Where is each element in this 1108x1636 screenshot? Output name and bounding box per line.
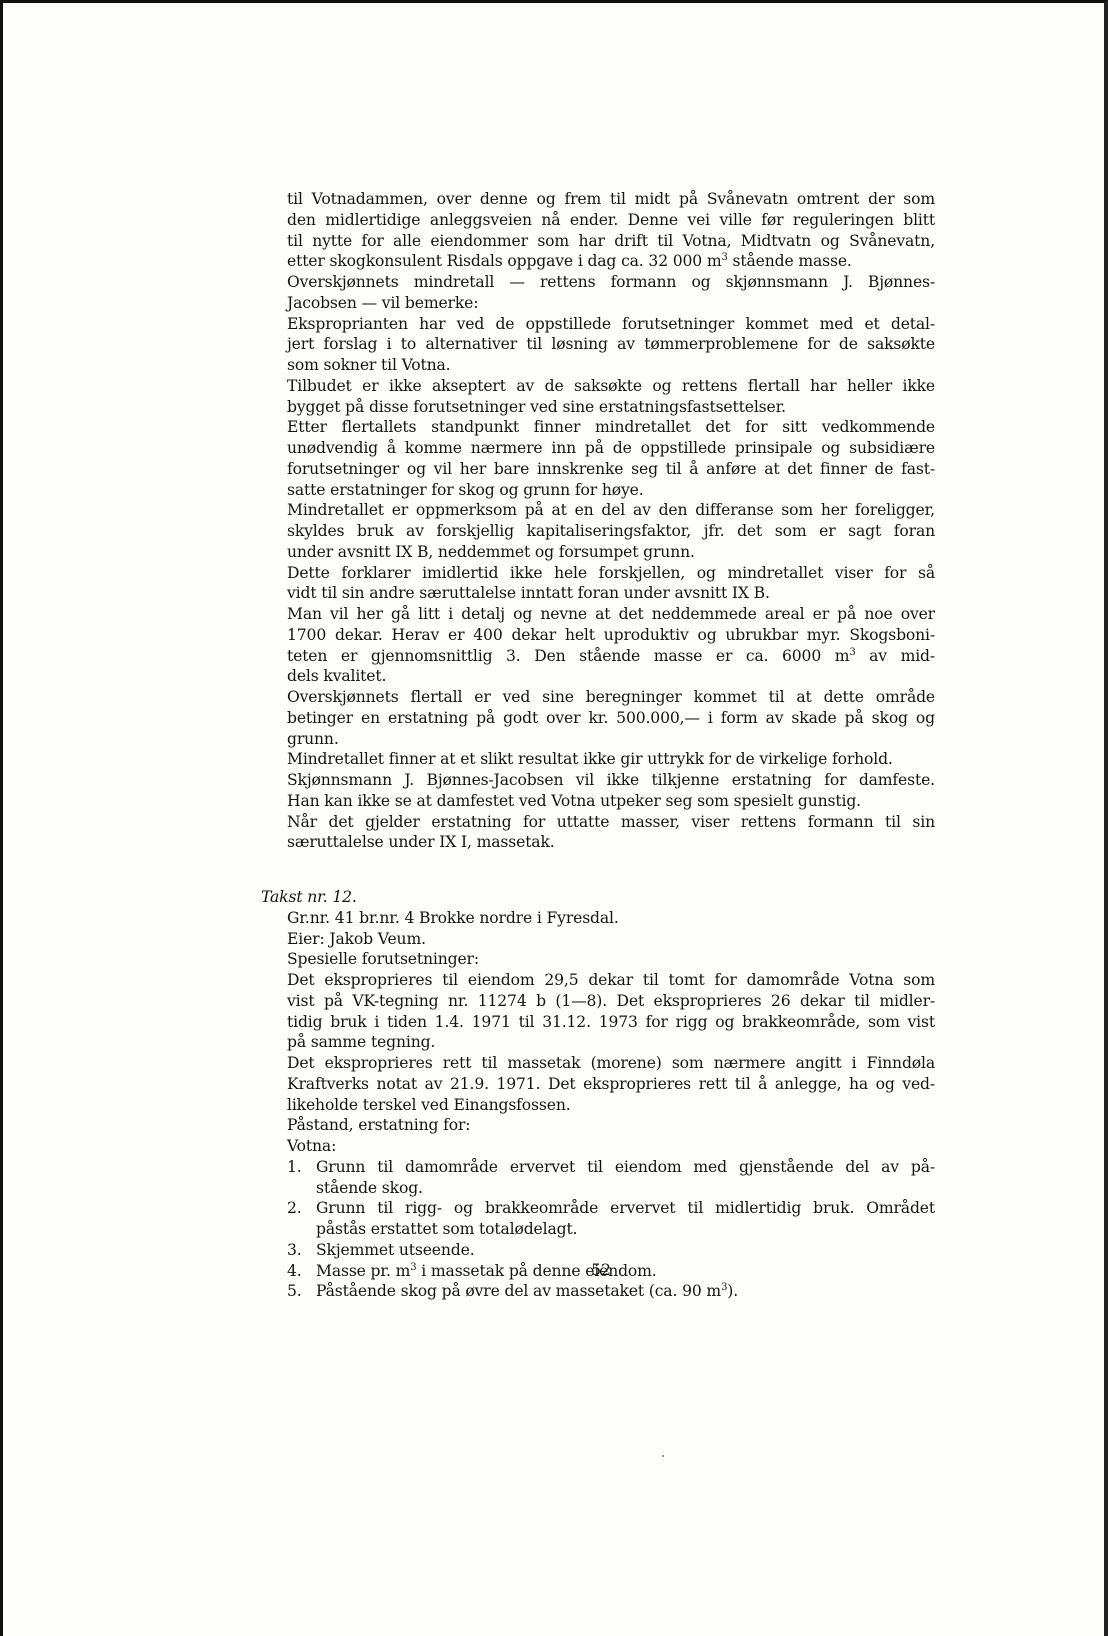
text-line: påstås erstattet som totalødelagt. — [316, 1219, 935, 1240]
list-number: 3. — [287, 1240, 302, 1261]
body-text-column: til Votnadammen, over denne og frem til … — [287, 189, 935, 1302]
text-line: Det eksproprieres til eiendom 29,5 dekar… — [287, 970, 935, 991]
paragraph-majority-standpoint: Etter flertallets standpunkt finner mind… — [287, 417, 935, 500]
text-fragment: stående masse. — [728, 252, 852, 270]
list-number: 2. — [287, 1198, 302, 1219]
list-number: 5. — [287, 1281, 302, 1302]
section-heading-takst: Takst nr. 12. — [261, 887, 909, 908]
page-number: 52 — [3, 1261, 1108, 1279]
paragraph-explanation: Dette forklarer imidlertid ikke hele for… — [287, 563, 935, 605]
minority-intro-paragraph: Overskjønnets mindretall — rettens forma… — [287, 272, 935, 314]
text-line: Tilbudet er ikke akseptert av de saksøkt… — [287, 376, 935, 397]
text-line: Mindretallet er oppmerksom på at en del … — [287, 500, 935, 521]
paragraph-difference: Mindretallet er oppmerksom på at en del … — [287, 500, 935, 562]
text-line: grunn. — [287, 729, 935, 750]
text-line: til Votnadammen, over denne og frem til … — [287, 189, 935, 210]
text-line: som sokner til Votna. — [287, 355, 935, 376]
text-line: Det eksproprieres rett til massetak (mor… — [287, 1053, 935, 1074]
text-line: på samme tegning. — [287, 1032, 935, 1053]
text-line: Overskjønnets mindretall — rettens forma… — [287, 272, 935, 293]
text-line: Påstand, erstatning for: — [287, 1115, 935, 1136]
text-line: skyldes bruk av forskjellig kapitaliseri… — [287, 521, 935, 542]
text-line: Eksproprianten har ved de oppstillede fo… — [287, 314, 935, 335]
text-line: Skjønnsmann J. Bjønnes-Jacobsen vil ikke… — [287, 770, 935, 791]
text-fragment: ). — [727, 1282, 738, 1300]
text-line: teten er gjennomsnittlig 3. Den stående … — [287, 646, 935, 667]
paragraph-minority-finding: Mindretallet finner at et slikt resultat… — [287, 749, 935, 770]
claim-item-2: 2. Grunn til rigg- og brakkeområde erver… — [287, 1198, 935, 1240]
text-line: Eier: Jakob Veum. — [287, 929, 935, 950]
text-line: Gr.nr. 41 br.nr. 4 Brokke nordre i Fyres… — [287, 908, 935, 929]
scan-speck — [662, 1455, 664, 1457]
text-line: betinger en erstatning på godt over kr. … — [287, 708, 935, 729]
text-line: til nytte for alle eiendommer som har dr… — [287, 231, 935, 252]
conditions-label: Spesielle forutsetninger: — [287, 949, 935, 970]
text-line: Mindretallet finner at et slikt resultat… — [287, 749, 935, 770]
text-fragment: Påstående skog på øvre del av massetaket… — [316, 1282, 721, 1300]
claim-item-1: 1. Grunn til damområde ervervet til eien… — [287, 1157, 935, 1199]
text-line: tidig bruk i tiden 1.4. 1971 til 31.12. … — [287, 1012, 935, 1033]
text-fragment: av mid- — [856, 647, 935, 665]
text-line: særuttalelse under IX I, massetak. — [287, 832, 935, 853]
text-line: den midlertidige anleggsveien nå ender. … — [287, 210, 935, 231]
text-line: Man vil her gå litt i detalj og nevne at… — [287, 604, 935, 625]
claim-item-3: 3. Skjemmet utseende. — [287, 1240, 935, 1261]
claims-list: 1. Grunn til damområde ervervet til eien… — [287, 1157, 935, 1302]
text-line: Han kan ikke se at damfestet ved Votna u… — [287, 791, 935, 812]
paragraph-damfeste: Skjønnsmann J. Bjønnes-Jacobsen vil ikke… — [287, 770, 935, 812]
text-line: vist på VK-tegning nr. 11274 b (1—8). De… — [287, 991, 935, 1012]
text-line: Votna: — [287, 1136, 935, 1157]
text-line: unødvendig å komme nærmere inn på de opp… — [287, 438, 935, 459]
text-line: Påstående skog på øvre del av massetaket… — [316, 1281, 935, 1302]
location-label: Votna: — [287, 1136, 935, 1157]
text-line: Dette forklarer imidlertid ikke hele for… — [287, 563, 935, 584]
text-line: Når det gjelder erstatning for uttatte m… — [287, 812, 935, 833]
paragraph-majority-calc: Overskjønnets flertall er ved sine bereg… — [287, 687, 935, 749]
text-line: under avsnitt IX B, neddemmet og forsump… — [287, 542, 935, 563]
property-line: Gr.nr. 41 br.nr. 4 Brokke nordre i Fyres… — [287, 908, 935, 929]
scanned-page: til Votnadammen, over denne og frem til … — [0, 0, 1108, 1636]
paragraph-expropriant: Eksproprianten har ved de oppstillede fo… — [287, 314, 935, 376]
text-line: Spesielle forutsetninger: — [287, 949, 935, 970]
text-line: forutsetninger og vil her bare innskrenk… — [287, 459, 935, 480]
owner-line: Eier: Jakob Veum. — [287, 929, 935, 950]
list-number: 1. — [287, 1157, 302, 1178]
text-line: satte erstatninger for skog og grunn for… — [287, 480, 935, 501]
conditions-paragraph-2: Det eksproprieres rett til massetak (mor… — [287, 1053, 935, 1115]
text-line: Kraftverks notat av 21.9. 1971. Det eksp… — [287, 1074, 935, 1095]
text-line: stående skog. — [316, 1178, 935, 1199]
text-line: jert forslag i to alternativer til løsni… — [287, 334, 935, 355]
text-line: Etter flertallets standpunkt finner mind… — [287, 417, 935, 438]
text-line: dels kvalitet. — [287, 666, 935, 687]
text-line: bygget på disse forutsetninger ved sine … — [287, 397, 935, 418]
text-line: Overskjønnets flertall er ved sine bereg… — [287, 687, 935, 708]
text-line: Grunn til rigg- og brakkeområde ervervet… — [316, 1198, 935, 1219]
intro-paragraph: til Votnadammen, over denne og frem til … — [287, 189, 935, 272]
text-line: 1700 dekar. Herav er 400 dekar helt upro… — [287, 625, 935, 646]
text-fragment: etter skogkonsulent Risdals oppgave i da… — [287, 252, 722, 270]
text-line: Grunn til damområde ervervet til eiendom… — [316, 1157, 935, 1178]
claim-item-5: 5. Påstående skog på øvre del av masseta… — [287, 1281, 935, 1302]
conditions-paragraph-1: Det eksproprieres til eiendom 29,5 dekar… — [287, 970, 935, 1053]
text-line: vidt til sin andre særuttalelse inntatt … — [287, 583, 935, 604]
paragraph-flooded-area: Man vil her gå litt i detalj og nevne at… — [287, 604, 935, 687]
paragraph-masses: Når det gjelder erstatning for uttatte m… — [287, 812, 935, 854]
text-line: Jacobsen — vil bemerke: — [287, 293, 935, 314]
text-fragment: teten er gjennomsnittlig 3. Den stående … — [287, 647, 849, 665]
claim-label: Påstand, erstatning for: — [287, 1115, 935, 1136]
text-line: etter skogkonsulent Risdals oppgave i da… — [287, 251, 935, 272]
text-line: Skjemmet utseende. — [316, 1240, 935, 1261]
paragraph-offer: Tilbudet er ikke akseptert av de saksøkt… — [287, 376, 935, 418]
text-line: likeholde terskel ved Einangsfossen. — [287, 1095, 935, 1116]
section-spacer — [287, 853, 935, 887]
